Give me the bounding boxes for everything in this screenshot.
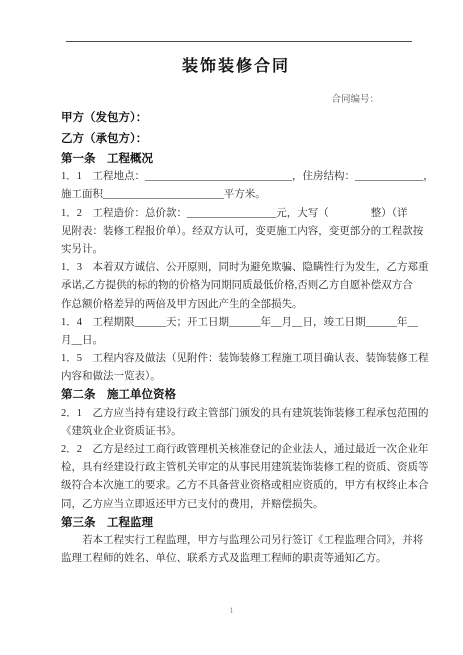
paragraph-line: 检，具有经建设行政主管机关审定的从事民用建筑装饰装修工程的资质、资质等 bbox=[61, 459, 413, 477]
document-title: 装饰装修合同 bbox=[61, 53, 411, 76]
section-heading: 第三条 工程监理 bbox=[61, 514, 413, 532]
contract-body: 第一条 工程概况1．1 工程地点：_______________________… bbox=[61, 150, 413, 568]
paragraph-line: 《建筑业企业资质证书》。 bbox=[61, 423, 413, 441]
document-page: 装饰装修合同 合同编号： 甲方（发包方）：乙方（承包方）： 第一条 工程概况1．… bbox=[0, 0, 463, 655]
paragraph-line: 2．1 乙方应当持有建设行政主管部门颁发的具有建筑装饰装修工程承包范围的 bbox=[61, 405, 413, 423]
paragraph-line: 施工面积_______________________平方米。 bbox=[61, 186, 413, 204]
page-number: 1 bbox=[0, 606, 463, 615]
header-rule bbox=[66, 41, 412, 42]
paragraph-line: 监理工程师的姓名、单位、联系方式及监理工程师的职责等通知乙方。 bbox=[61, 550, 413, 568]
paragraph-line: 作总额价格差异的两倍及甲方因此产生的全部损失。 bbox=[61, 296, 413, 314]
paragraph-line: 1．2 工程造价：总价款：_________________元，大写（ 整）（详 bbox=[61, 205, 413, 223]
paragraph-line: 2．2 乙方是经过工商行政管理机关核准登记的企业法人，通过最近一次企业年 bbox=[61, 441, 413, 459]
paragraph-line: 若本工程实行工程监理，甲方与监理公司另行签订《工程监理合同》，并将 bbox=[61, 532, 413, 550]
paragraph-line: 1．3 本着双方诚信、公开原则，同时为避免欺骗、隐瞒性行为发生，乙方郑重 bbox=[61, 259, 413, 277]
paragraph-line: 月__日。 bbox=[61, 332, 413, 350]
paragraph-line: 级符合本次施工的要求。乙方不具备营业资格或相应资质的，甲方有权终止本合 bbox=[61, 477, 413, 495]
paragraph-line: 承诺,乙方提供的标的物的价格为同期同质最低价格,否则乙方自愿补偿双方合 bbox=[61, 277, 413, 295]
section-heading: 第二条 施工单位资格 bbox=[61, 386, 413, 404]
contract-number-label: 合同编号： bbox=[61, 91, 379, 105]
party-list: 甲方（发包方）：乙方（承包方）： bbox=[61, 108, 413, 150]
paragraph-line: 1．5 工程内容及做法（见附件：装饰装修工程施工项目确认表、装饰装修工程 bbox=[61, 350, 413, 368]
paragraph-line: 1．1 工程地点：____________________________，住房… bbox=[61, 168, 413, 186]
paragraph-line: 1．4 工程期限______天；开工日期______年__月__日，竣工日期__… bbox=[61, 314, 413, 332]
paragraph-line: 同，乙方应当立即返还甲方已支付的费用，并赔偿损失。 bbox=[61, 496, 413, 514]
party-line: 甲方（发包方）： bbox=[61, 108, 413, 129]
paragraph-line: 实另计。 bbox=[61, 241, 413, 259]
paragraph-line: 见附表：装修工程报价单）。经双方认可，变更施工内容，变更部分的工程款按 bbox=[61, 223, 413, 241]
party-line: 乙方（承包方）： bbox=[61, 129, 413, 150]
paragraph-line: 内容和做法一览表）。 bbox=[61, 368, 413, 386]
section-heading: 第一条 工程概况 bbox=[61, 150, 413, 168]
